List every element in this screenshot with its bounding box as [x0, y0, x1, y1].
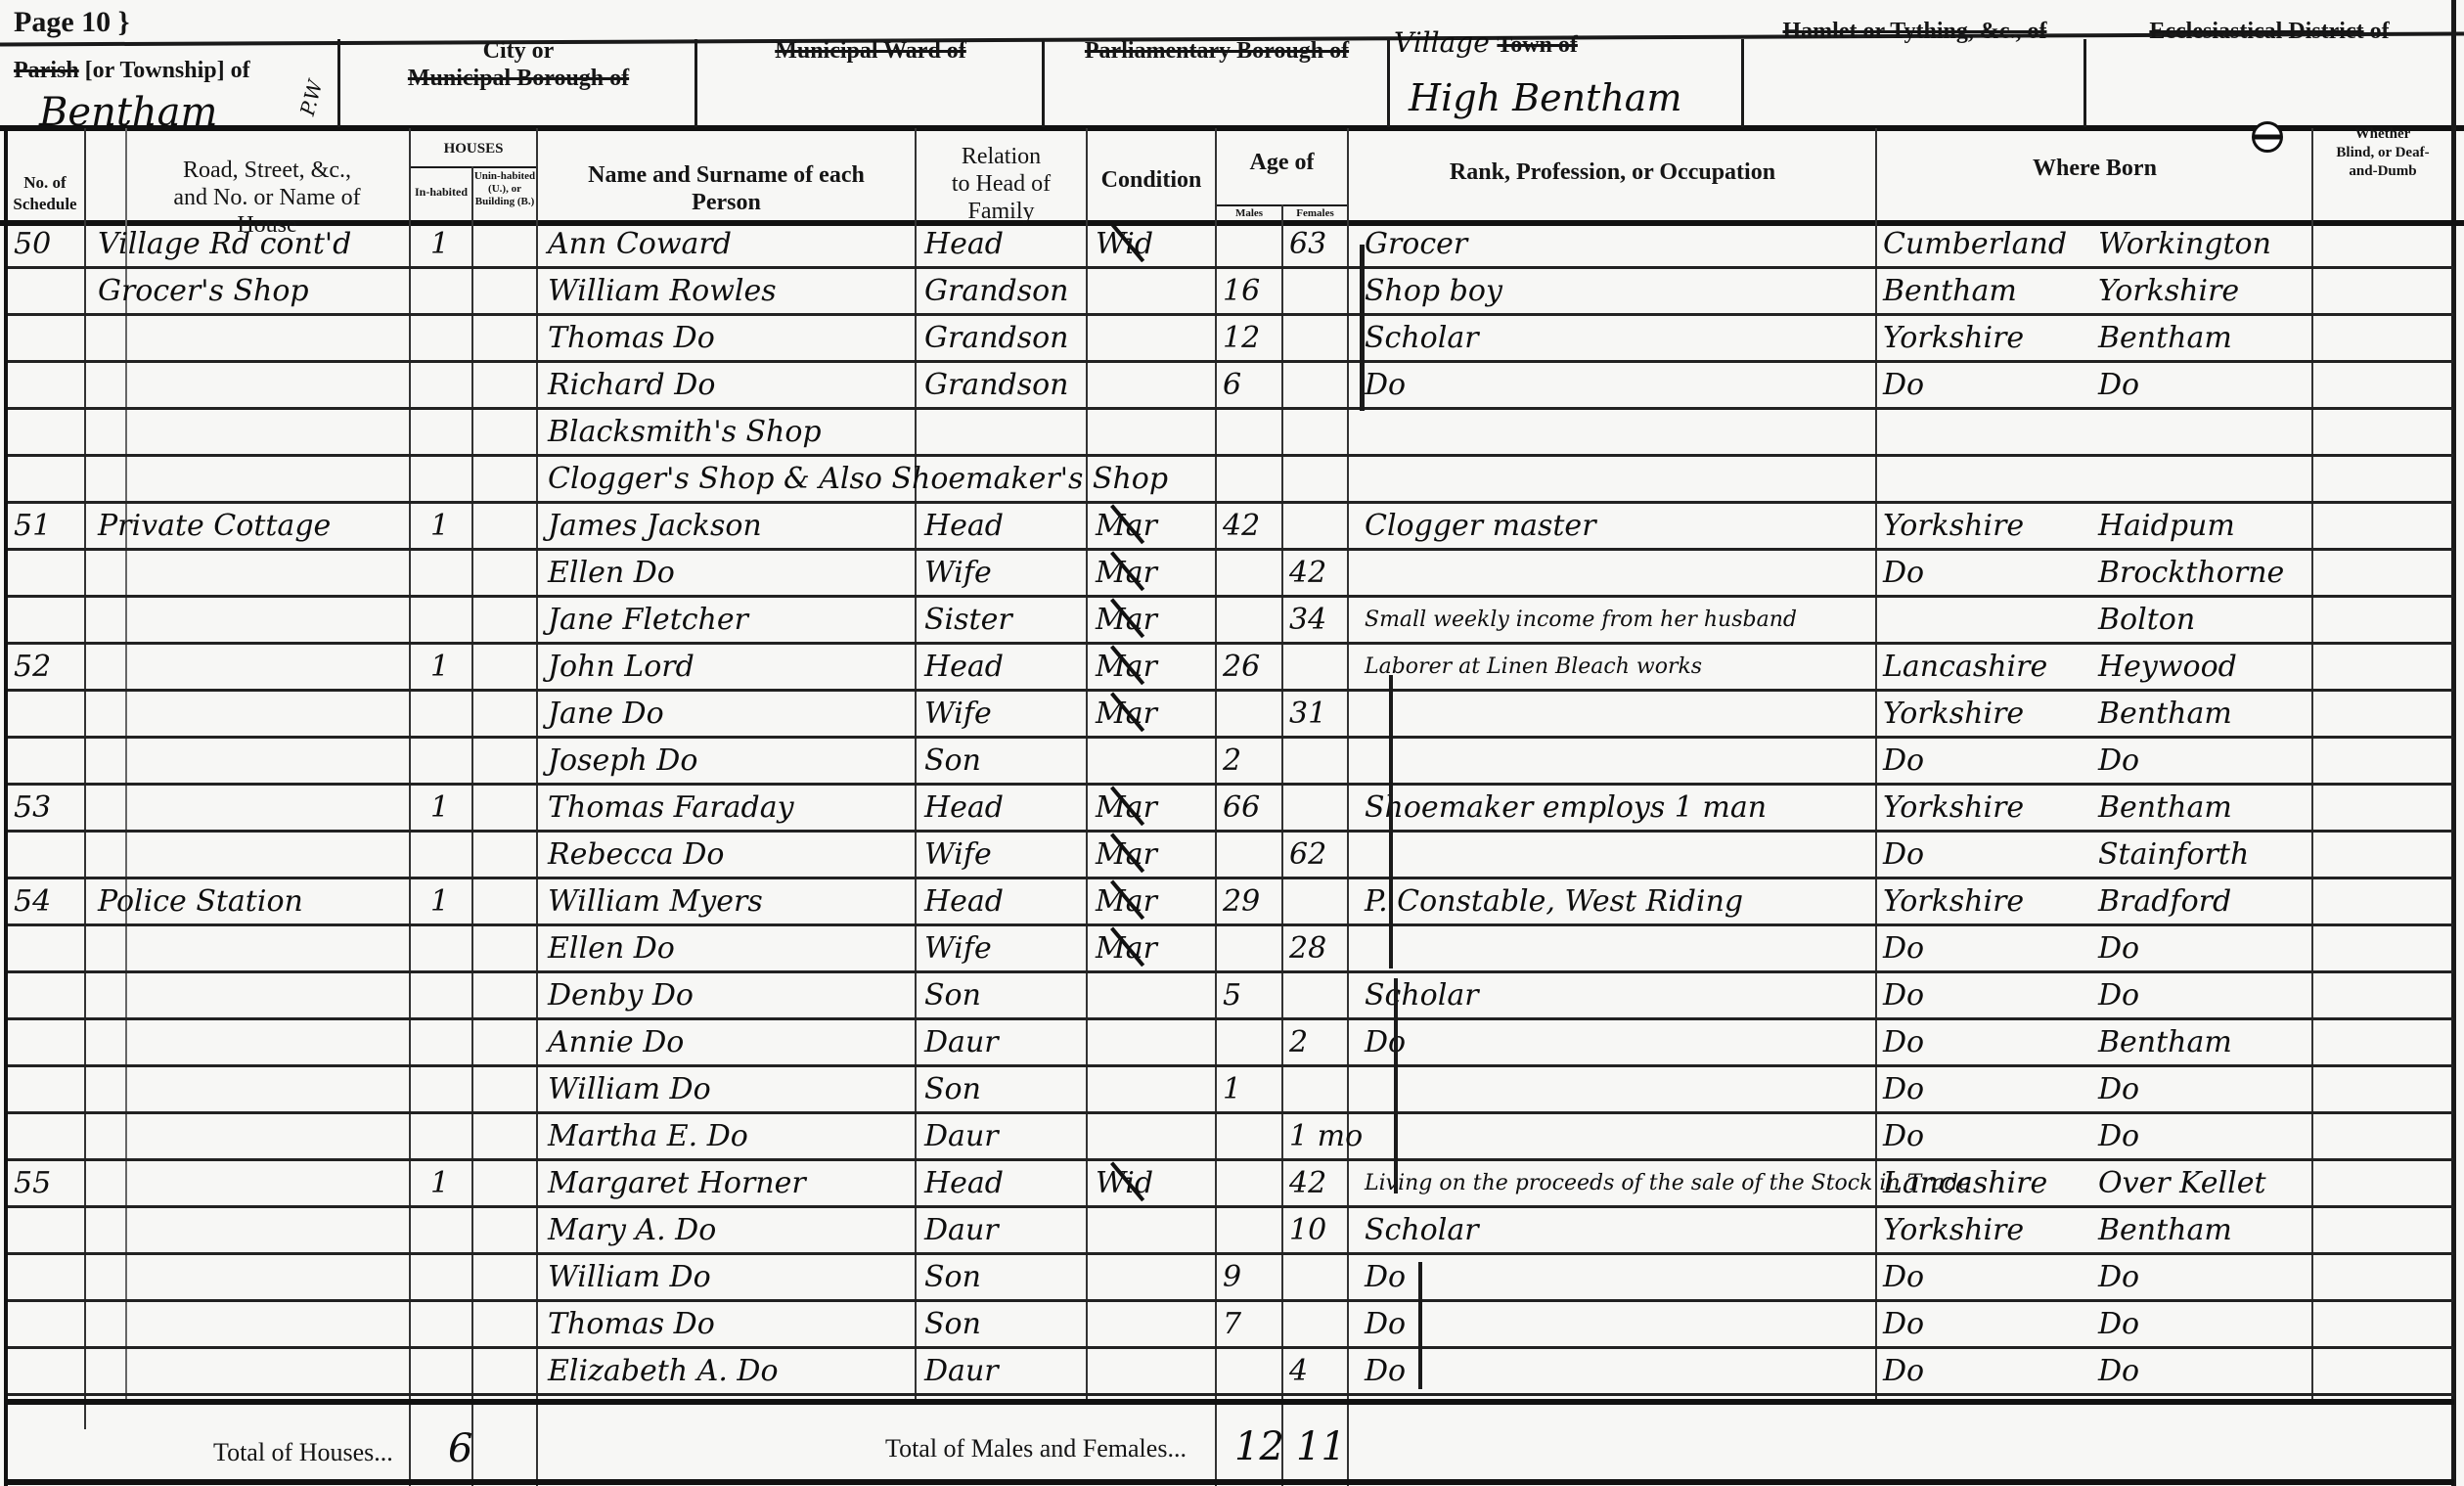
inhabited-cell: 1 — [430, 509, 470, 544]
table-row: 50Village Rd cont'd1Ann CowardHeadWid63G… — [0, 223, 2455, 270]
female-age-cell: 10 — [1289, 1213, 1348, 1248]
table-row: 521John LordHeadMar26Laborer at Linen Bl… — [0, 646, 2455, 693]
inhabited-cell: 1 — [430, 884, 470, 920]
census-page: Page 10 } Parish [or Township] of Bentha… — [0, 0, 2464, 1486]
ward-label: Municipal Ward of — [699, 37, 1042, 65]
born-place-cell: Do — [2098, 1354, 2308, 1389]
circle-mark-icon — [2252, 121, 2283, 153]
ecclesiastical-label: Ecclesiastical District of — [2088, 18, 2450, 45]
name-cell: Elizabeth A. Do — [548, 1354, 919, 1389]
relation-cell: Wife — [924, 697, 1086, 732]
condition-cell: Mar — [1096, 650, 1213, 685]
name-cell: Rebecca Do — [548, 837, 919, 873]
name-cell: Clogger's Shop & Also Shoemaker's Shop — [548, 462, 919, 497]
col-header-blind: WhetherBlind, or Deaf-and-Dumb — [2314, 125, 2451, 181]
table-row: Mary A. DoDaur10ScholarYorkshireBentham — [0, 1209, 2455, 1256]
born-county-cell: Do — [1883, 1354, 2093, 1389]
born-place-cell: Do — [2098, 1119, 2308, 1154]
inhabited-cell: 1 — [430, 790, 470, 826]
born-county-cell: Do — [1883, 978, 2093, 1013]
table-row: William DoSon9DoDoDo — [0, 1256, 2455, 1303]
name-cell: Mary A. Do — [548, 1213, 919, 1248]
born-county-cell: Bentham — [1883, 274, 2093, 309]
table-row: Thomas DoSon7DoDoDo — [0, 1303, 2455, 1350]
female-age-cell: 1 mo — [1289, 1119, 1348, 1154]
born-county-cell: Yorkshire — [1883, 884, 2093, 920]
condition-cell: Mar — [1096, 556, 1213, 591]
born-county-cell: Cumberland — [1883, 227, 2093, 262]
road-cell: Private Cottage — [98, 509, 411, 544]
col-header-uninhabited: Unin-habited (U.), or Building (B.) — [473, 170, 536, 208]
hamlet-label: Hamlet or Tything, &c., of — [1746, 18, 2083, 45]
occupation-cell: Scholar — [1365, 978, 1873, 1013]
relation-cell: Grandson — [924, 368, 1086, 403]
table-row: Martha E. DoDaur1 moDoDo — [0, 1115, 2455, 1162]
relation-cell: Son — [924, 1260, 1086, 1295]
relation-cell: Son — [924, 1307, 1086, 1342]
table-row: 531Thomas FaradayHeadMar66Shoemaker empl… — [0, 787, 2455, 833]
town-label: Village Town of — [1394, 29, 1736, 59]
relation-cell: Grandson — [924, 274, 1086, 309]
occupation-cell: Shop boy — [1365, 274, 1873, 309]
female-age-cell: 42 — [1289, 556, 1348, 591]
col-header-where-born: Where Born — [1878, 155, 2311, 182]
relation-cell: Daur — [924, 1119, 1086, 1154]
occupation-cell: Shoemaker employs 1 man — [1365, 790, 1873, 826]
name-cell: William Do — [548, 1072, 919, 1107]
born-place-cell: Brockthorne — [2098, 556, 2308, 591]
relation-cell: Head — [924, 650, 1086, 685]
parish-label: Parish [or Township] of — [14, 57, 250, 84]
occupation-cell: Living on the proceeds of the sale of th… — [1365, 1166, 1873, 1201]
born-county-cell: Do — [1883, 1072, 2093, 1107]
name-cell: Thomas Faraday — [548, 790, 919, 826]
name-cell: Ellen Do — [548, 931, 919, 967]
female-age-cell: 62 — [1289, 837, 1348, 873]
born-county-cell: Lancashire — [1883, 650, 2093, 685]
born-county-cell: Yorkshire — [1883, 790, 2093, 826]
parish-value: Bentham — [39, 90, 217, 135]
male-age-cell: 29 — [1223, 884, 1281, 920]
female-age-cell: 4 — [1289, 1354, 1348, 1389]
relation-cell: Sister — [924, 603, 1086, 638]
born-county-cell: Do — [1883, 556, 2093, 591]
born-place-cell: Do — [2098, 368, 2308, 403]
born-county-cell: Do — [1883, 743, 2093, 779]
born-place-cell: Haidpum — [2098, 509, 2308, 544]
occupation-cell: Do — [1365, 1025, 1873, 1060]
table-row: 51Private Cottage1James JacksonHeadMar42… — [0, 505, 2455, 552]
table-row: Ellen DoWifeMar28DoDo — [0, 927, 2455, 974]
table-row: Richard DoGrandson6DoDoDo — [0, 364, 2455, 411]
col-header-condition: Condition — [1088, 166, 1215, 194]
schedule-cell: 55 — [14, 1166, 82, 1201]
total-houses-label: Total of Houses... — [213, 1438, 393, 1467]
name-cell: Annie Do — [548, 1025, 919, 1060]
name-cell: Denby Do — [548, 978, 919, 1013]
born-county-cell: Do — [1883, 1025, 2093, 1060]
name-cell: Ann Coward — [548, 227, 919, 262]
name-cell: Jane Fletcher — [548, 603, 919, 638]
born-county-cell: Yorkshire — [1883, 509, 2093, 544]
female-age-cell: 31 — [1289, 697, 1348, 732]
schedule-cell: 54 — [14, 884, 82, 920]
relation-cell: Wife — [924, 556, 1086, 591]
col-header-inhabited: In-habited — [411, 184, 471, 201]
relation-cell: Son — [924, 1072, 1086, 1107]
born-place-cell: Do — [2098, 978, 2308, 1013]
inhabited-cell: 1 — [430, 650, 470, 685]
name-cell: Ellen Do — [548, 556, 919, 591]
table-row: Rebecca DoWifeMar62DoStainforth — [0, 833, 2455, 880]
col-header-relation: Relationto Head ofFamily — [917, 143, 1086, 225]
born-place-cell: Do — [2098, 743, 2308, 779]
born-county-cell: Yorkshire — [1883, 697, 2093, 732]
bracket-mark — [1394, 978, 1398, 1193]
page-number: Page 10 } — [14, 6, 129, 39]
condition-cell: Mar — [1096, 837, 1213, 873]
relation-cell: Wife — [924, 931, 1086, 967]
inhabited-cell: 1 — [430, 227, 470, 262]
name-cell: Thomas Do — [548, 321, 919, 356]
condition-cell: Mar — [1096, 509, 1213, 544]
relation-cell: Head — [924, 884, 1086, 920]
occupation-cell: P. Constable, West Riding — [1365, 884, 1873, 920]
name-cell: Jane Do — [548, 697, 919, 732]
inhabited-cell: 1 — [430, 1166, 470, 1201]
condition-cell: Mar — [1096, 697, 1213, 732]
table-row: 551Margaret HornerHeadWid42Living on the… — [0, 1162, 2455, 1209]
condition-cell: Mar — [1096, 603, 1213, 638]
born-place-cell: Heywood — [2098, 650, 2308, 685]
occupation-cell: Clogger master — [1365, 509, 1873, 544]
schedule-cell: 53 — [14, 790, 82, 826]
name-cell: Martha E. Do — [548, 1119, 919, 1154]
relation-cell: Head — [924, 227, 1086, 262]
relation-cell: Head — [924, 509, 1086, 544]
name-cell: Blacksmith's Shop — [548, 415, 919, 450]
name-cell: William Rowles — [548, 274, 919, 309]
table-row: Annie DoDaur2DoDoBentham — [0, 1021, 2455, 1068]
table-row: Ellen DoWifeMar42DoBrockthorne — [0, 552, 2455, 599]
male-age-cell: 66 — [1223, 790, 1281, 826]
born-place-cell: Stainforth — [2098, 837, 2308, 873]
occupation-cell: Scholar — [1365, 1213, 1873, 1248]
road-cell: Police Station — [98, 884, 411, 920]
male-age-cell: 16 — [1223, 274, 1281, 309]
table-row: Elizabeth A. DoDaur4DoDoDo — [0, 1350, 2455, 1397]
road-cell: Village Rd cont'd — [98, 227, 411, 262]
relation-cell: Head — [924, 1166, 1086, 1201]
female-age-cell: 34 — [1289, 603, 1348, 638]
occupation-cell: Laborer at Linen Bleach works — [1365, 650, 1873, 685]
occupation-cell: Scholar — [1365, 321, 1873, 356]
relation-cell: Wife — [924, 837, 1086, 873]
name-cell: Joseph Do — [548, 743, 919, 779]
table-row: Blacksmith's Shop — [0, 411, 2455, 458]
female-age-cell: 2 — [1289, 1025, 1348, 1060]
table-row: Jane FletcherSisterMar34Small weekly inc… — [0, 599, 2455, 646]
occupation-cell: Do — [1365, 368, 1873, 403]
born-county-cell: Yorkshire — [1883, 1213, 2093, 1248]
relation-cell: Daur — [924, 1354, 1086, 1389]
occupation-cell: Do — [1365, 1354, 1873, 1389]
born-county-cell: Lancashire — [1883, 1166, 2093, 1201]
condition-cell: Mar — [1096, 884, 1213, 920]
born-county-cell: Do — [1883, 368, 2093, 403]
table-row: William DoSon1DoDo — [0, 1068, 2455, 1115]
male-age-cell: 1 — [1223, 1072, 1281, 1107]
name-cell: Margaret Horner — [548, 1166, 919, 1201]
relation-cell: Son — [924, 978, 1086, 1013]
city-label: City or Municipal Borough of — [342, 37, 694, 92]
name-cell: William Myers — [548, 884, 919, 920]
born-place-cell: Over Kellet — [2098, 1166, 2308, 1201]
born-county-cell: Do — [1883, 1260, 2093, 1295]
female-age-cell: 42 — [1289, 1166, 1348, 1201]
table-row: Denby DoSon5ScholarDoDo — [0, 974, 2455, 1021]
born-place-cell: Bentham — [2098, 697, 2308, 732]
name-cell: William Do — [548, 1260, 919, 1295]
male-age-cell: 2 — [1223, 743, 1281, 779]
total-females-value: 11 — [1296, 1424, 1346, 1469]
born-county-cell: Do — [1883, 837, 2093, 873]
born-place-cell: Do — [2098, 931, 2308, 967]
born-county-cell: Do — [1883, 931, 2093, 967]
parliamentary-label: Parliamentary Borough of — [1047, 37, 1387, 65]
schedule-cell: 51 — [14, 509, 82, 544]
born-county-cell: Do — [1883, 1119, 2093, 1154]
schedule-cell: 50 — [14, 227, 82, 262]
col-header-houses: HOUSES — [411, 141, 536, 158]
born-county-cell: Yorkshire — [1883, 321, 2093, 356]
born-place-cell: Do — [2098, 1260, 2308, 1295]
bracket-mark — [1418, 1262, 1422, 1389]
col-header-age: Age of — [1217, 149, 1347, 176]
parish-annotation: P.W — [295, 77, 328, 117]
total-houses-value: 6 — [448, 1426, 472, 1471]
occupation-cell: Do — [1365, 1260, 1873, 1295]
name-cell: Thomas Do — [548, 1307, 919, 1342]
table-row: Joseph DoSon2DoDo — [0, 740, 2455, 787]
town-value: High Bentham — [1409, 76, 1682, 119]
total-persons-label: Total of Males and Females... — [885, 1434, 1187, 1463]
born-place-cell: Bentham — [2098, 1213, 2308, 1248]
born-place-cell: Bradford — [2098, 884, 2308, 920]
col-header-females: Females — [1283, 207, 1347, 219]
female-age-cell: 28 — [1289, 931, 1348, 967]
occupation-cell: Grocer — [1365, 227, 1873, 262]
born-county-cell: Do — [1883, 1307, 2093, 1342]
relation-cell: Grandson — [924, 321, 1086, 356]
schedule-cell: 52 — [14, 650, 82, 685]
table-row: Clogger's Shop & Also Shoemaker's Shop — [0, 458, 2455, 505]
born-place-cell: Yorkshire — [2098, 274, 2308, 309]
condition-cell: Mar — [1096, 790, 1213, 826]
name-cell: James Jackson — [548, 509, 919, 544]
condition-cell: Wid — [1096, 227, 1213, 262]
born-place-cell: Do — [2098, 1307, 2308, 1342]
relation-cell: Daur — [924, 1213, 1086, 1248]
occupation-cell: Do — [1365, 1307, 1873, 1342]
occupation-cell: Small weekly income from her husband — [1365, 603, 1873, 638]
table-row: Thomas DoGrandson12ScholarYorkshireBenth… — [0, 317, 2455, 364]
male-age-cell: 6 — [1223, 368, 1281, 403]
bracket-mark — [1360, 245, 1365, 411]
name-cell: Richard Do — [548, 368, 919, 403]
born-place-cell: Bentham — [2098, 1025, 2308, 1060]
female-age-cell: 63 — [1289, 227, 1348, 262]
relation-cell: Daur — [924, 1025, 1086, 1060]
table-row: Jane DoWifeMar31YorkshireBentham — [0, 693, 2455, 740]
condition-cell: Mar — [1096, 931, 1213, 967]
table-row: Grocer's ShopWilliam RowlesGrandson16Sho… — [0, 270, 2455, 317]
road-cell: Grocer's Shop — [98, 274, 411, 309]
male-age-cell: 12 — [1223, 321, 1281, 356]
male-age-cell: 7 — [1223, 1307, 1281, 1342]
born-place-cell: Workington — [2098, 227, 2308, 262]
male-age-cell: 5 — [1223, 978, 1281, 1013]
relation-cell: Son — [924, 743, 1086, 779]
male-age-cell: 9 — [1223, 1260, 1281, 1295]
born-place-cell: Bentham — [2098, 321, 2308, 356]
bracket-mark — [1389, 675, 1393, 968]
born-place-cell: Do — [2098, 1072, 2308, 1107]
col-header-name: Name and Surname of eachPerson — [538, 161, 915, 216]
relation-cell: Head — [924, 790, 1086, 826]
total-males-value: 12 — [1234, 1424, 1284, 1469]
born-place-cell: Bolton — [2098, 603, 2308, 638]
col-header-schedule: No. ofSchedule — [6, 172, 84, 215]
born-place-cell: Bentham — [2098, 790, 2308, 826]
name-cell: John Lord — [548, 650, 919, 685]
male-age-cell: 42 — [1223, 509, 1281, 544]
col-header-males: Males — [1217, 207, 1281, 219]
male-age-cell: 26 — [1223, 650, 1281, 685]
col-header-occupation: Rank, Profession, or Occupation — [1350, 158, 1875, 186]
condition-cell: Wid — [1096, 1166, 1213, 1201]
table-row: 54Police Station1William MyersHeadMar29P… — [0, 880, 2455, 927]
